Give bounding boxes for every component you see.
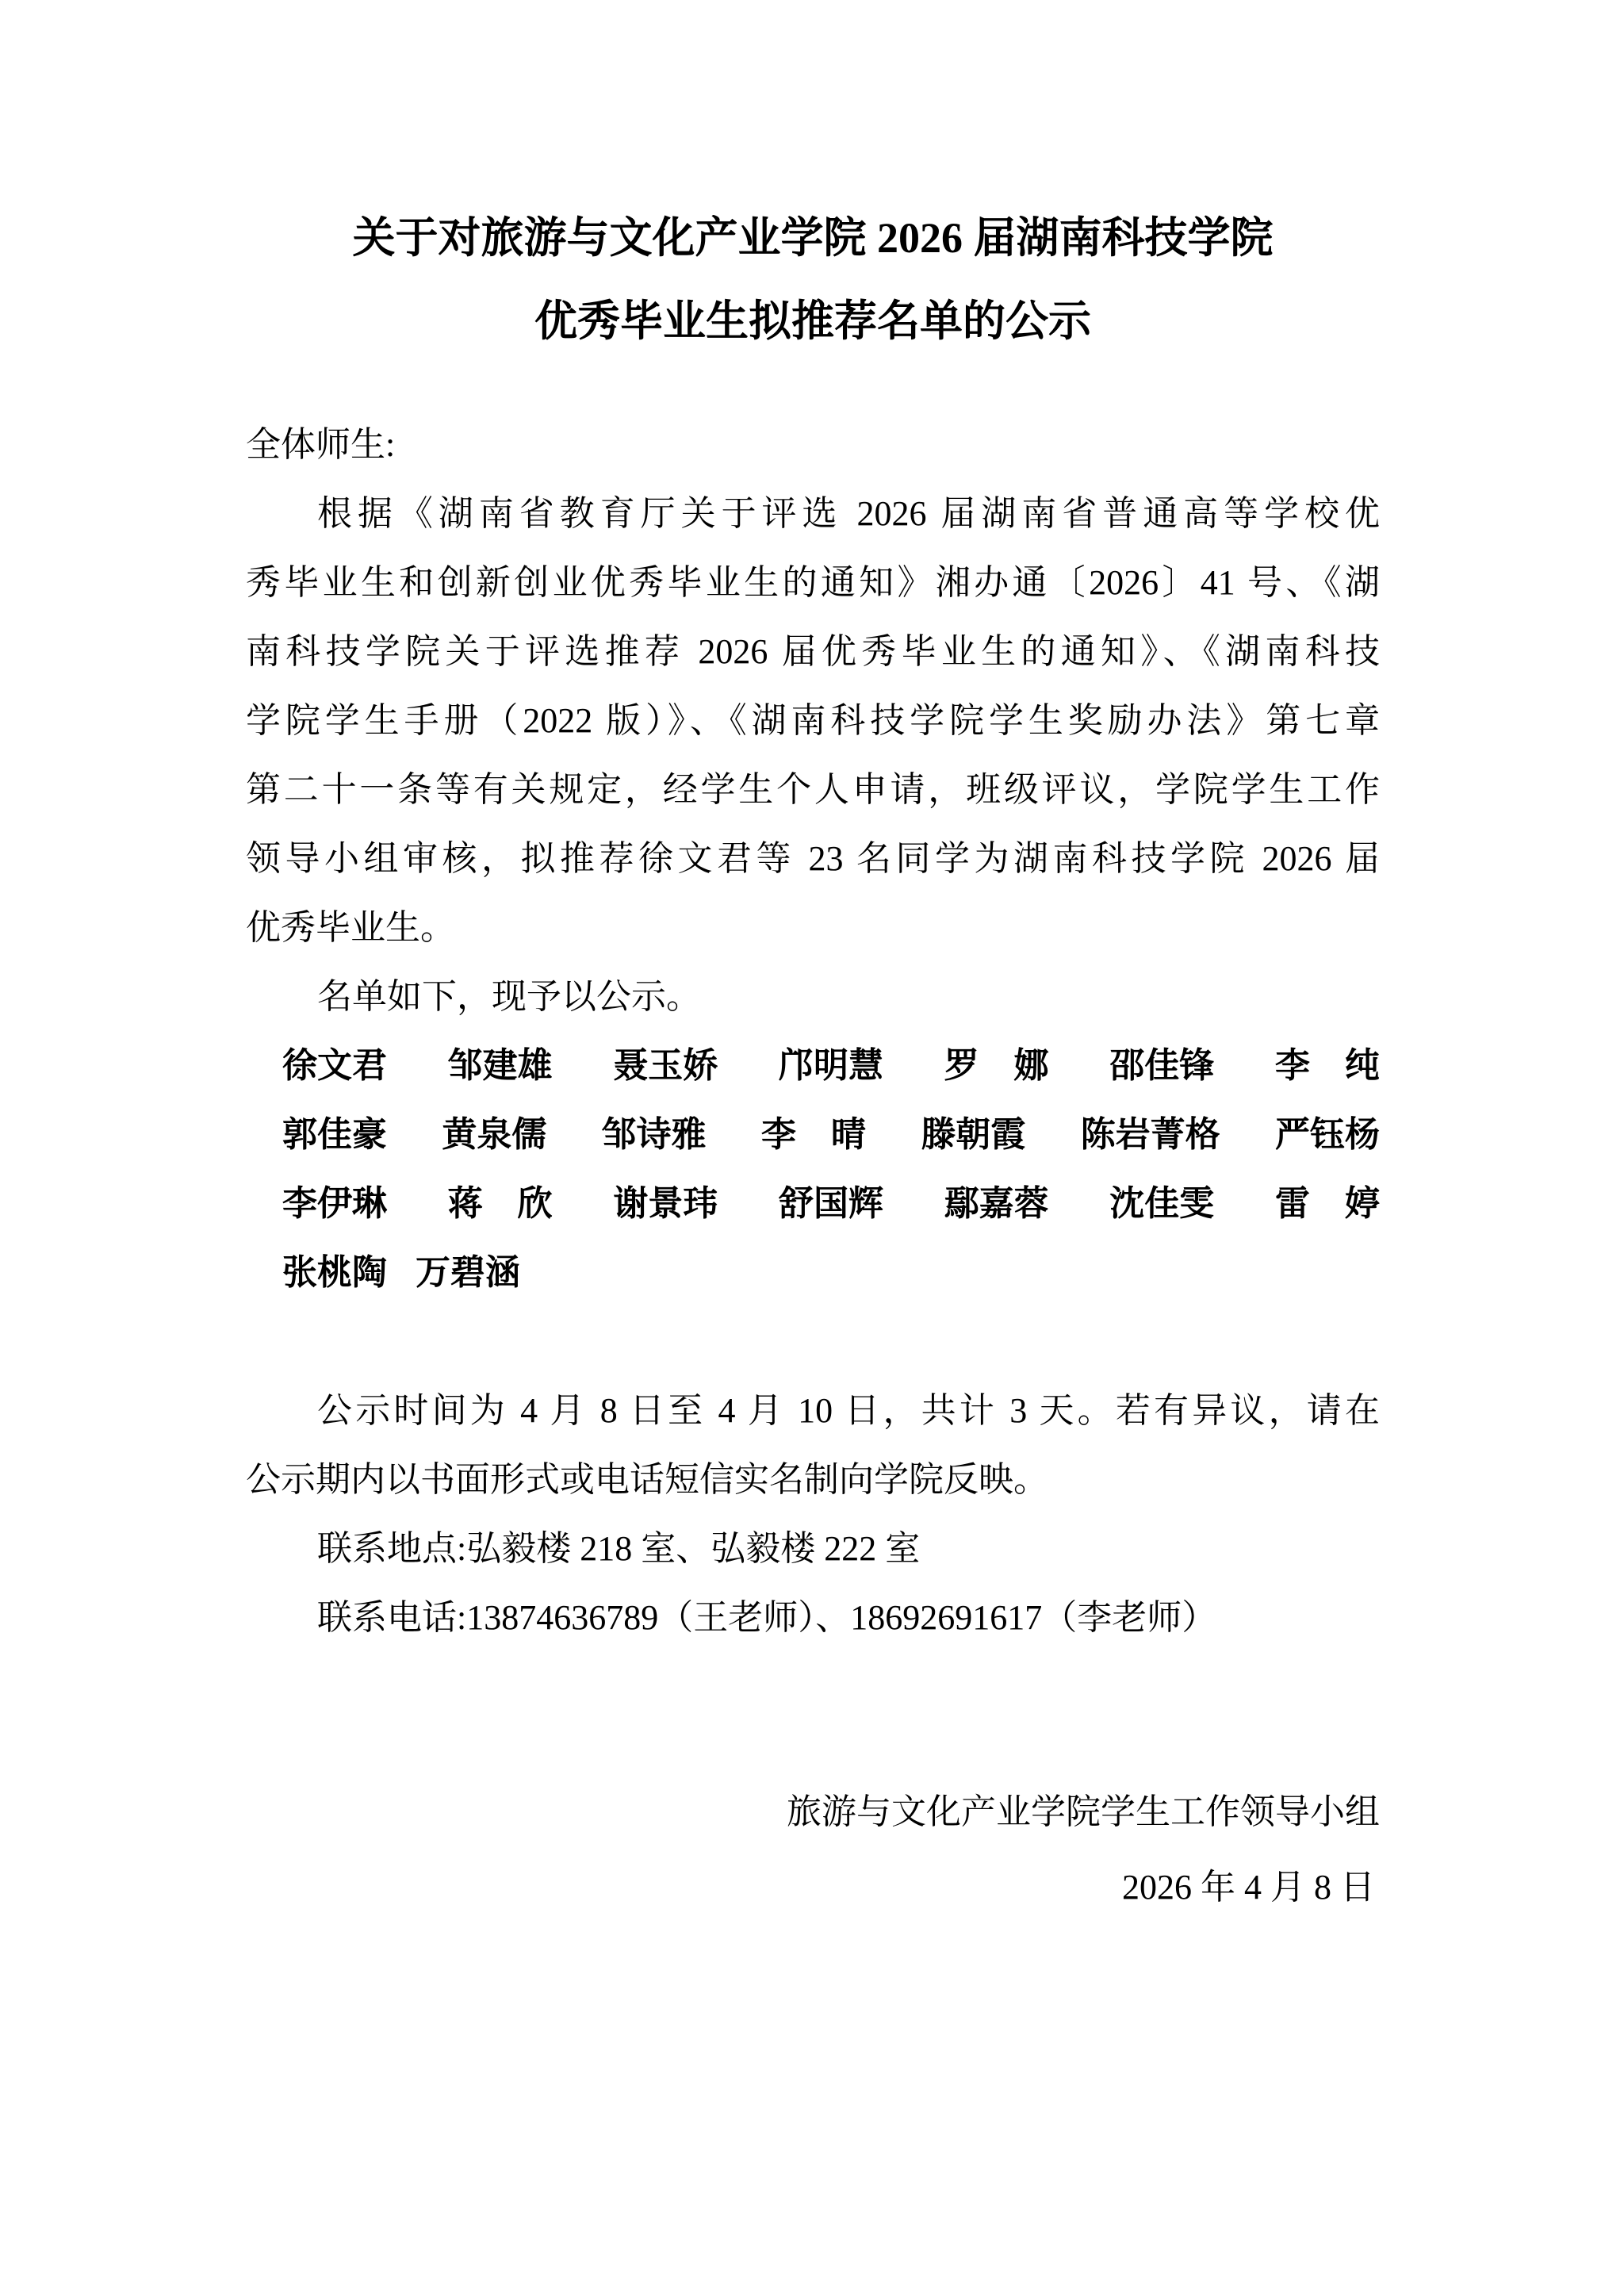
- name-item: 邹诗雅: [602, 1100, 707, 1169]
- name-item: 李 纯: [1275, 1031, 1380, 1100]
- salutation: 全体师生:: [246, 410, 1380, 479]
- name-item: 谢景玮: [613, 1169, 718, 1238]
- name-item: 徐文君: [282, 1031, 387, 1100]
- notice-line-2: 公示期内以书面形式或电话短信实名制向学院反映。: [246, 1445, 1380, 1514]
- blank-line: [246, 1307, 1380, 1376]
- contact-phone: 联系电话:13874636789（王老师）、18692691617（李老师）: [246, 1583, 1380, 1652]
- name-item: 舒国辉: [779, 1169, 883, 1238]
- name-item: 黄泉儒: [442, 1100, 546, 1169]
- list-intro: 名单如下，现予以公示。: [246, 962, 1380, 1031]
- name-item: 郭佳豪: [282, 1100, 387, 1169]
- intro-line-1: 根据《湖南省教育厅关于评选 2026 届湖南省普通高等学校优: [246, 479, 1380, 548]
- document-content: 关于对旅游与文化产业学院 2026 届湖南科技学院 优秀毕业生拟推荐名单的公示 …: [0, 0, 1624, 1922]
- intro-line-6: 领导小组审核，拟推荐徐文君等 23 名同学为湖南科技学院 2026 届: [246, 824, 1380, 893]
- intro-line-4: 学院学生手册（2022 版）》、《湖南科技学院学生奖励办法》第七章: [246, 686, 1380, 755]
- name-item: 严钰杨: [1275, 1100, 1380, 1169]
- title-line-1: 关于对旅游与文化产业学院 2026 届湖南科技学院: [246, 197, 1380, 280]
- name-item: 陈岩菁格: [1081, 1100, 1220, 1169]
- name-item: 鄢嘉蓉: [944, 1169, 1049, 1238]
- signature-organization: 旅游与文化产业学院学生工作领导小组: [246, 1777, 1380, 1846]
- names-list: 徐文君 邹建雄 聂玉娇 邝明慧 罗 娜 邵佳锋 李 纯 郭佳豪 黄泉儒 邹诗雅 …: [246, 1031, 1380, 1307]
- name-item: 罗 娜: [944, 1031, 1049, 1100]
- title-line-2: 优秀毕业生拟推荐名单的公示: [246, 280, 1380, 363]
- name-item: 李 晴: [761, 1100, 866, 1169]
- name-item: 张桃陶: [282, 1238, 387, 1307]
- name-item: 聂玉娇: [613, 1031, 718, 1100]
- name-item: 邵佳锋: [1109, 1031, 1214, 1100]
- document-page: 关于对旅游与文化产业学院 2026 届湖南科技学院 优秀毕业生拟推荐名单的公示 …: [0, 0, 1624, 2296]
- name-item: 雷 婷: [1275, 1169, 1380, 1238]
- contact-location: 联系地点:弘毅楼 218 室、弘毅楼 222 室: [246, 1514, 1380, 1583]
- name-item: 万碧涵: [416, 1238, 520, 1307]
- name-row-3: 李伊琳 蒋 欣 谢景玮 舒国辉 鄢嘉蓉 沈佳雯 雷 婷: [282, 1169, 1380, 1238]
- name-row-4: 张桃陶 万碧涵: [282, 1238, 1380, 1307]
- name-row-2: 郭佳豪 黄泉儒 邹诗雅 李 晴 滕朝霞 陈岩菁格 严钰杨: [282, 1100, 1380, 1169]
- notice-paragraph: 公示时间为 4 月 8 日至 4 月 10 日，共计 3 天。若有异议，请在 公…: [246, 1376, 1380, 1514]
- document-title: 关于对旅游与文化产业学院 2026 届湖南科技学院 优秀毕业生拟推荐名单的公示: [246, 0, 1380, 363]
- intro-line-5: 第二十一条等有关规定，经学生个人申请，班级评议，学院学生工作: [246, 755, 1380, 824]
- intro-line-2: 秀毕业生和创新创业优秀毕业生的通知》湘办通〔2026〕41 号、《湖: [246, 548, 1380, 617]
- intro-line-3: 南科技学院关于评选推荐 2026 届优秀毕业生的通知》、《湖南科技: [246, 617, 1380, 686]
- name-item: 邝明慧: [779, 1031, 883, 1100]
- signature-date: 2026 年 4 月 8 日: [246, 1853, 1380, 1922]
- name-item: 李伊琳: [282, 1169, 387, 1238]
- notice-line-1: 公示时间为 4 月 8 日至 4 月 10 日，共计 3 天。若有异议，请在: [246, 1376, 1380, 1445]
- name-item: 邹建雄: [448, 1031, 553, 1100]
- name-row-1: 徐文君 邹建雄 聂玉娇 邝明慧 罗 娜 邵佳锋 李 纯: [282, 1031, 1380, 1100]
- name-item: 蒋 欣: [448, 1169, 553, 1238]
- intro-line-7: 优秀毕业生。: [246, 893, 1380, 962]
- name-item: 沈佳雯: [1109, 1169, 1214, 1238]
- name-item: 滕朝霞: [921, 1100, 1025, 1169]
- intro-paragraph: 根据《湖南省教育厅关于评选 2026 届湖南省普通高等学校优 秀毕业生和创新创业…: [246, 479, 1380, 962]
